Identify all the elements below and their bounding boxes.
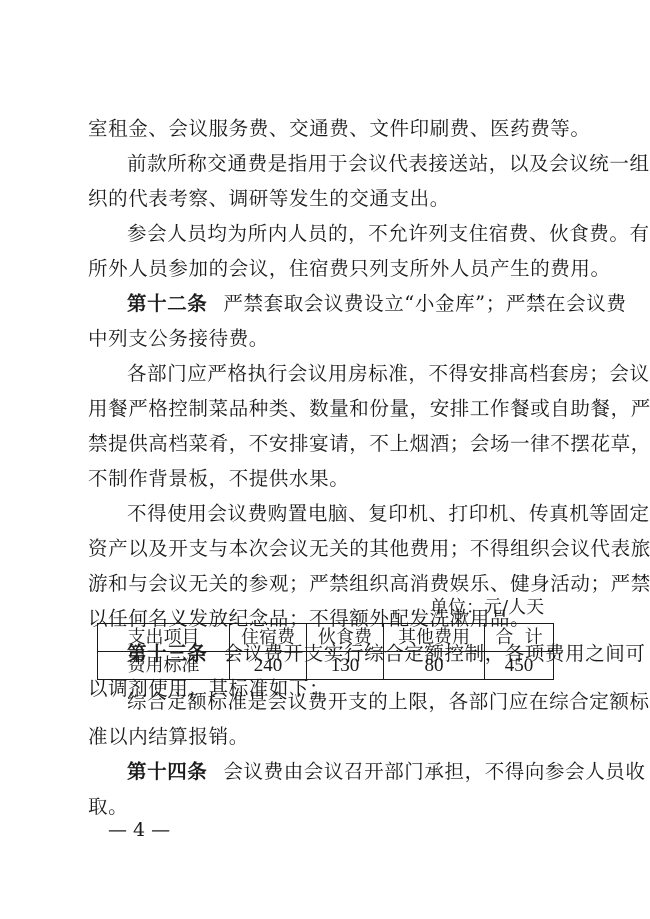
- page-number: — 4 —: [108, 818, 170, 842]
- article-12-line-1: 第十二条严禁套取会议费设立“小金库”；严禁在会议费: [127, 292, 572, 316]
- table-row: 费用标准 240 130 80 450: [98, 652, 554, 680]
- table-header-row: 支出项目 住宿费 伙食费 其他费用 合 计: [98, 624, 554, 652]
- text-line: 各部门应严格执行会议用房标准，不得安排高档套房；会议: [127, 362, 572, 386]
- table-unit-label: 单位：元/人天: [430, 596, 544, 620]
- fee-standard-table: 支出项目 住宿费 伙食费 其他费用 合 计 费用标准 240 130 80 45…: [97, 623, 554, 680]
- article-14-title: 第十四条: [127, 760, 207, 783]
- table-header-cell: 住宿费: [230, 624, 307, 652]
- table-cell: 80: [384, 652, 485, 680]
- article-14-text: 会议费由会议召开部门承担，不得向参会人员收: [223, 760, 645, 783]
- text-line: 不得使用会议费购置电脑、复印机、打印机、传真机等固定: [127, 502, 572, 526]
- text-line: 室租金、会议服务费、交通费、文件印刷费、医药费等。: [88, 117, 572, 141]
- table-header-cell: 其他费用: [384, 624, 485, 652]
- text-line: 前款所称交通费是指用于会议代表接送站，以及会议统一组: [127, 152, 572, 176]
- table-header-cell: 合 计: [485, 624, 554, 652]
- table-cell: 130: [307, 652, 384, 680]
- text-line: 所外人员参加的会议，住宿费只列支所外人员产生的费用。: [88, 257, 572, 281]
- text-line: 资产以及开支与本次会议无关的其他费用；不得组织会议代表旅: [88, 537, 572, 561]
- article-14-line-1: 第十四条会议费由会议召开部门承担，不得向参会人员收: [127, 760, 572, 784]
- text-line: 综合定额标准是会议费开支的上限，各部门应在综合定额标: [127, 690, 572, 714]
- table-cell: 费用标准: [98, 652, 230, 680]
- text-line: 织的代表考察、调研等发生的交通支出。: [88, 187, 572, 211]
- article-12-title: 第十二条: [127, 292, 207, 315]
- text-line: 游和与会议无关的参观；严禁组织高消费娱乐、健身活动；严禁: [88, 572, 572, 596]
- text-line: 准以内结算报销。: [88, 725, 572, 749]
- text-line: 用餐严格控制菜品种类、数量和份量，安排工作餐或自助餐，严: [88, 397, 572, 421]
- text-line: 禁提供高档菜肴，不安排宴请，不上烟酒；会场一律不摆花草，: [88, 432, 572, 456]
- text-line: 取。: [88, 795, 572, 819]
- article-12-text: 严禁套取会议费设立“小金库”；严禁在会议费: [223, 292, 626, 315]
- document-page: 室租金、会议服务费、交通费、文件印刷费、医药费等。 前款所称交通费是指用于会议代…: [0, 0, 650, 919]
- table-cell: 240: [230, 652, 307, 680]
- table-cell: 450: [485, 652, 554, 680]
- table-header-cell: 伙食费: [307, 624, 384, 652]
- table-header-cell: 支出项目: [98, 624, 230, 652]
- text-line: 参会人员均为所内人员的，不允许列支住宿费、伙食费。有: [127, 222, 572, 246]
- text-line: 不制作背景板，不提供水果。: [88, 467, 572, 491]
- text-line: 中列支公务接待费。: [88, 327, 572, 351]
